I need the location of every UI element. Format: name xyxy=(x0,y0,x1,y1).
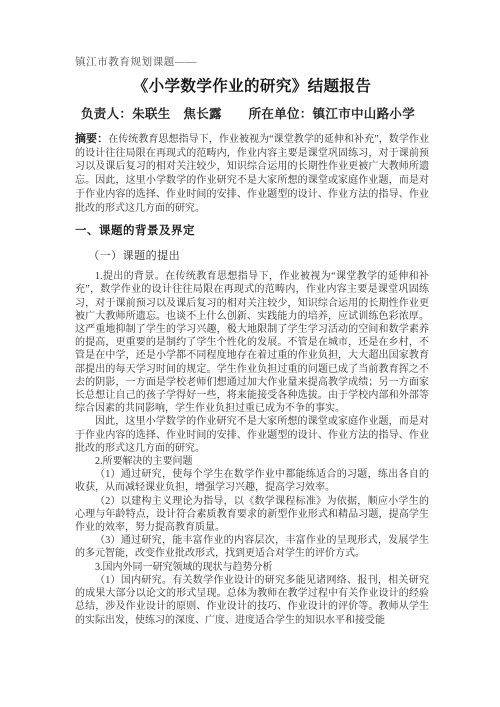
paragraph-problem-3: （3）通过研究，能丰富作业的内容层次，丰富作业的呈现形式，发展学生的多元智能，改… xyxy=(75,534,429,560)
page-title: 《小学数学作业的研究》结题报告 xyxy=(75,77,429,97)
byline-unit: 所在单位：镇江市中山路小学 xyxy=(249,107,415,122)
section-subheading: （一）课题的提出 xyxy=(75,250,429,264)
section-heading: 一、课题的背景及界定 xyxy=(75,224,429,239)
paragraph-problem-2: （2）以建构主义理论为指导，以《数学课程标准》为依据，顺应小学生的心理与年龄特点… xyxy=(75,495,429,535)
abstract-paragraph: 摘要：在传统教育思想指导下，作业被视为“课堂教学的延伸和补充”，数学作业的设计往… xyxy=(75,133,429,215)
paragraph-research-scope: 因此，这里小学数学的作业研究不是大家所想的课堂或家庭作业题，而是对于作业内容的选… xyxy=(75,415,429,455)
byline-leader: 负责人：朱联生 焦长露 xyxy=(81,107,222,122)
header-note: 镇江市教育规划课题—— xyxy=(75,56,429,69)
document-page: 镇江市教育规划课题—— 《小学数学作业的研究》结题报告 负责人：朱联生 焦长露 … xyxy=(0,0,500,707)
paragraph-background: 1.提出的背景。在传统教育思想指导下，作业被视为“课堂教学的延伸和补充”，数学作… xyxy=(75,270,429,415)
paragraph-trend-heading: 3.国内外同一研究领域的现状与趋势分析 xyxy=(75,561,429,574)
abstract-label: 摘要： xyxy=(75,133,108,145)
paragraph-domestic-research: （1）国内研究。有关数学作业设计的研究多能见诸网络、报刊，相关研究的成果大部分以… xyxy=(75,574,429,627)
byline: 负责人：朱联生 焦长露 所在单位：镇江市中山路小学 xyxy=(75,107,429,122)
document-content: 镇江市教育规划课题—— 《小学数学作业的研究》结题报告 负责人：朱联生 焦长露 … xyxy=(0,0,500,627)
paragraph-problem-1: （1）通过研究，使每个学生在数学作业中都能练适合的习题，练出各自的收获，从而减轻… xyxy=(75,468,429,494)
abstract-text: 在传统教育思想指导下，作业被视为“课堂教学的延伸和补充”，数学作业的设计往往局限… xyxy=(75,134,429,214)
paragraph-problems-heading: 2.所要解决的主要问题 xyxy=(75,455,429,468)
